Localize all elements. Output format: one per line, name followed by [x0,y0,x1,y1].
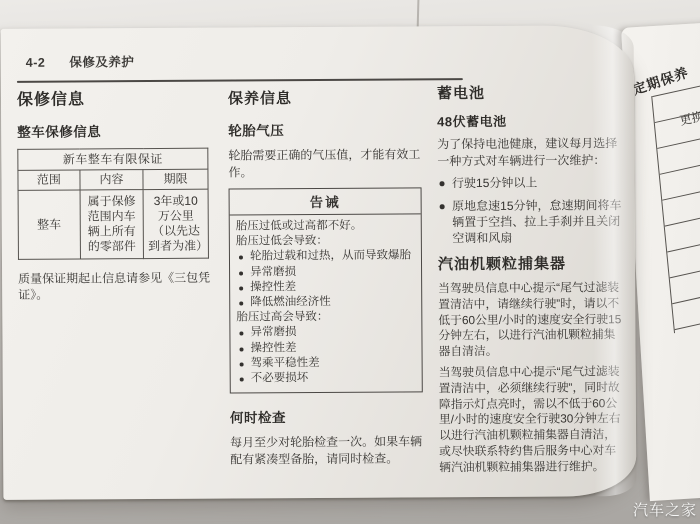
when-to-check-subtitle: 何时检查 [230,406,427,427]
list-item: 操控性差 [236,340,417,356]
warranty-table: 新车整车有限保证 范围 内容 期限 整车 属于保修范围内车辆上所有的零部件 3年… [17,148,209,260]
gpf-section-title: 汽油机颗粒捕集器 [438,252,625,274]
gpf-paragraph-1: 当驾驶员信息中心提示“尾气过滤装置清洁中，请继续行驶”时，请以不低于60公里/小… [438,280,625,360]
list-item: 行驶15分钟以上 [437,174,624,191]
battery-subtitle: 48伏蓄电池 [437,110,624,130]
list-item-label: 异常磨损 [250,326,296,341]
cell-content: 属于保修范围内车辆上所有的零部件 [80,190,144,259]
table-rule [660,148,700,175]
list-item: 不必要损坏 [237,370,418,386]
table-rule [665,200,700,227]
list-item: 异常磨损 [236,264,417,280]
watermark: 汽车之家 [633,499,697,520]
battery-section-title: 蓄电池 [437,81,624,103]
cell-scope: 整车 [18,190,80,259]
tire-pressure-intro: 轮胎需要正确的气压值，才能有效工作。 [228,146,425,180]
table-rule [670,251,700,278]
list-item-label: 操控性差 [250,280,296,295]
list-item-label: 不必要损坏 [251,371,309,387]
list-item-label: 降低燃油经济性 [250,295,331,311]
manual-page: 4-2 保修及养护 保修信息 整车保修信息 新车整车有限保证 范围 内容 期限 … [1,25,637,500]
list-item-label: 异常磨损 [250,265,296,280]
list-item-label: 行驶15分钟以上 [452,175,537,192]
list-item-label: 操控性差 [250,341,296,356]
bullet-icon [239,256,243,260]
chapter-title: 保修及养护 [69,55,134,69]
bullet-icon [239,332,243,336]
when-to-check-text: 每月至少对轮胎检查一次。如果车辆配有紧凑型备胎，请同时检查。 [230,434,427,468]
table-rule [667,225,700,252]
list-item-label: 驾乘平稳性差 [251,356,320,372]
bullet-icon [239,271,243,275]
list-item: 轮胎过载和过热，从而导致爆胎 [236,249,417,265]
bullet-icon [240,362,244,366]
battery-column: 蓄电池 48伏蓄电池 为了保持电池健康，建议每月选择一种方式对车辆进行一次维护：… [437,81,626,481]
bullet-icon [239,301,243,305]
maintenance-section-title: 保养信息 [228,86,425,108]
tire-pressure-subtitle: 轮胎气压 [228,118,425,139]
battery-intro: 为了保持电池健康，建议每月选择一种方式对车辆进行一次维护： [437,135,624,169]
list-item-label: 原地怠速15分钟，怠速期间将车辆置于空挡、拉上手刹并且关闭空调和风扇 [452,197,625,246]
table-header-term: 期限 [143,169,208,189]
table-rule [672,277,700,304]
warranty-column: 保修信息 整车保修信息 新车整车有限保证 范围 内容 期限 整车 属于保修范围内… [17,86,213,315]
table-caption: 新车整车有限保证 [18,148,208,170]
bullet-icon [440,204,445,209]
table-rule [675,303,700,330]
table-rule [662,174,700,201]
list-item-label: 轮胎过载和过热，从而导致爆胎 [250,249,411,265]
maintenance-column: 保养信息 轮胎气压 轮胎需要正确的气压值，才能有效工作。 告诫 胎压过低或过高都… [228,86,427,475]
list-item: 异常磨损 [236,325,417,341]
table-header-scope: 范围 [18,170,80,190]
caution-low-heading: 胎压过低会导致： [236,234,417,250]
next-page-partial-cell: 更换 [678,107,700,129]
list-item: 降低燃油经济性 [236,294,417,310]
header-rule [17,78,463,82]
next-page-table: 更换 [651,85,700,333]
caution-line: 胎压过低或过高都不好。 [236,218,417,234]
table-row: 整车 属于保修范围内车辆上所有的零部件 3年或10万公里（以先达到者为准） [18,189,208,259]
page-header: 4-2 保修及养护 [26,52,135,71]
caution-high-heading: 胎压过高会导致： [236,310,417,326]
gpf-paragraph-2: 当驾驶员信息中心提示“尾气过滤装置清洁中，必须继续行驶”，同时故障指示灯点亮时，… [439,364,627,476]
list-item: 操控性差 [236,279,417,295]
list-item: 原地怠速15分钟，怠速期间将车辆置于空挡、拉上手刹并且关闭空调和风扇 [438,197,625,246]
manual-photo-scene: 定期保养 更换 4-2 保修及养护 保修信息 整车保修信息 新车整车有限保 [0,0,700,524]
warranty-note: 质量保证期起止信息请参见《三包凭证》。 [18,271,213,303]
bullet-icon [239,286,243,290]
warranty-section-title: 保修信息 [17,86,212,110]
bullet-icon [240,347,244,351]
caution-title: 告诫 [230,188,421,215]
warranty-subtitle: 整车保修信息 [17,120,212,141]
caution-box: 告诫 胎压过低或过高都不好。 胎压过低会导致： 轮胎过载和过热，从而导致爆胎 异… [229,187,423,393]
page-number: 4-2 [26,56,46,70]
caution-body: 胎压过低或过高都不好。 胎压过低会导致： 轮胎过载和过热，从而导致爆胎 异常磨损… [230,214,422,392]
cell-term: 3年或10万公里（以先达到者为准） [143,189,208,258]
bullet-icon [240,377,244,381]
table-header-content: 内容 [80,170,144,190]
list-item: 驾乘平稳性差 [237,355,418,371]
bullet-icon [440,181,445,186]
